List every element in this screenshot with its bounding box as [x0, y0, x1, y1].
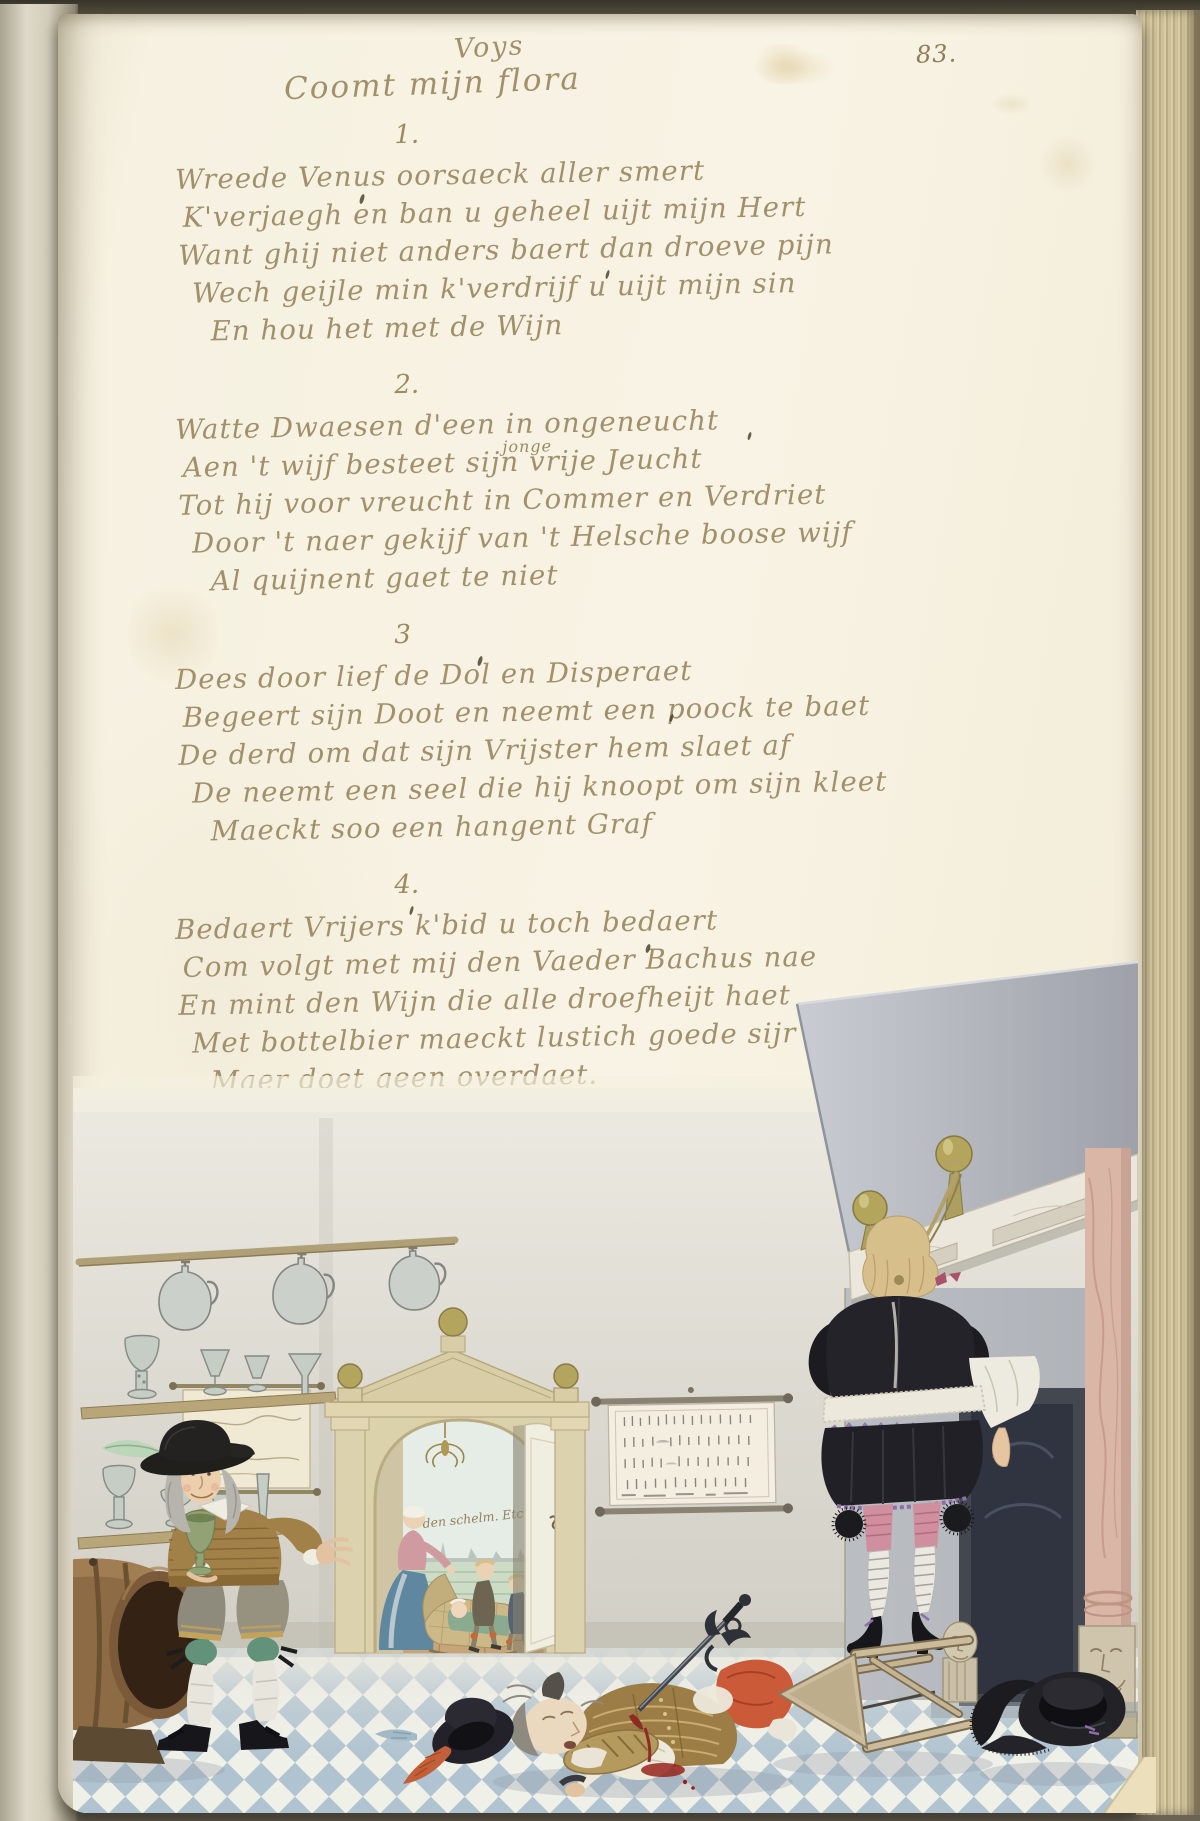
andiron-figure [943, 1622, 977, 1702]
page-corner-fold [1092, 1757, 1156, 1813]
inserted-word: jonge [502, 427, 552, 466]
manuscript-page: 83. Voys Coomt mijn flora 1.Wreede Venus… [58, 14, 1142, 1813]
song-sheet [591, 1385, 795, 1517]
stanza: 2.Watte Dwaesen d'een in ongeneuchtAen '… [174, 362, 858, 601]
poem-title: Coomt mijn flora [283, 61, 581, 107]
foxing-stain [1038, 134, 1098, 194]
stanza: 3Dees door lief de Dol en DisperaetBegee… [174, 612, 858, 851]
foxing-stain [748, 44, 818, 84]
tavern-illustration: den schelm. Etc [73, 958, 1138, 1813]
page-fore-edge [1136, 10, 1200, 1815]
page-number: 83. [916, 39, 958, 68]
voice-label: Voys [453, 30, 525, 65]
book-photograph: 83. Voys Coomt mijn flora 1.Wreede Venus… [0, 0, 1200, 1821]
stanza: 1.Wreede Venus oorsaeck aller smertK'ver… [174, 112, 858, 351]
